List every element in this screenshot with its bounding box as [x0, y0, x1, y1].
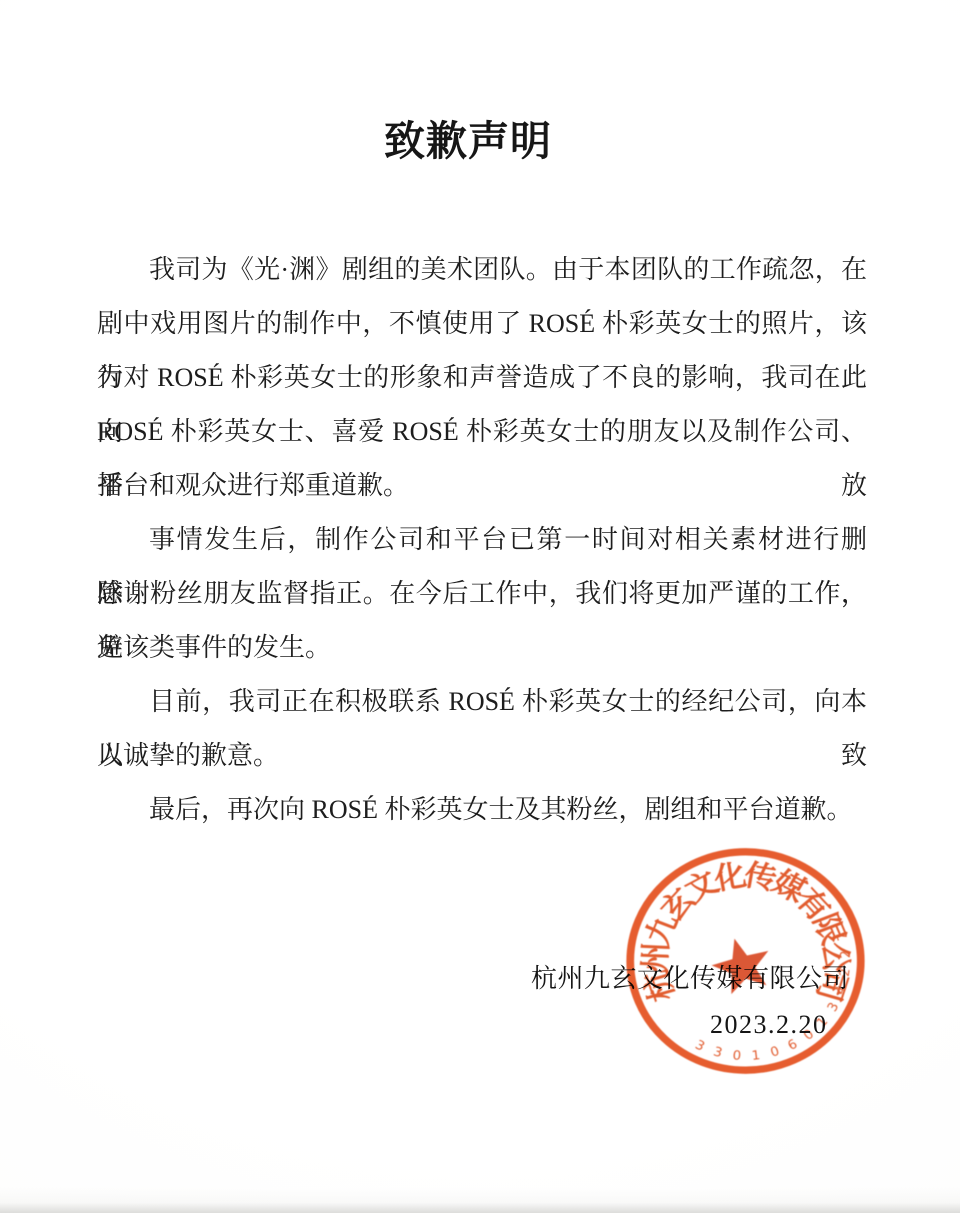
svg-text:限: 限 — [805, 909, 851, 950]
svg-text:0: 0 — [769, 1044, 782, 1060]
svg-text:1: 1 — [751, 1048, 761, 1063]
svg-text:0: 0 — [732, 1049, 742, 1064]
signature-company-name: 杭州九玄文化传媒有限公司 — [531, 958, 849, 995]
photo-bottom-shadow — [0, 1187, 960, 1213]
document-title: 致歉声明 — [0, 108, 948, 167]
body-line-4: ROSÉ 朴彩英女士、喜爱 ROSÉ 朴彩英女士的朋友以及制作公司、播放 — [97, 405, 867, 459]
body-line-1: 我司为《光·渊》剧组的美术团队。由于本团队的工作疏忽，在 — [97, 243, 867, 297]
body-line-6: 事情发生后，制作公司和平台已第一时间对相关素材进行删除， — [97, 513, 867, 567]
body-line-7: 感谢粉丝朋友监督指正。在今后工作中，我们将更加严谨的工作，避 — [97, 567, 867, 621]
document-photo: 致歉声明 我司为《光·渊》剧组的美术团队。由于本团队的工作疏忽，在 剧中戏用图片… — [0, 0, 960, 1213]
svg-text:文: 文 — [679, 864, 725, 909]
svg-text:传: 传 — [742, 858, 780, 898]
svg-text:化: 化 — [711, 858, 750, 898]
body-line-8: 免该类事件的发生。 — [97, 621, 867, 675]
signature-date: 2023.2.20 — [710, 1010, 828, 1040]
body-line-2: 剧中戏用图片的制作中，不慎使用了 ROSÉ 朴彩英女士的照片，该行 — [97, 297, 867, 351]
body-line-3: 为对 ROSÉ 朴彩英女士的形象和声誉造成了不良的影响，我司在此向 — [97, 351, 867, 405]
svg-text:九: 九 — [639, 909, 685, 950]
svg-text:3: 3 — [692, 1038, 707, 1055]
svg-text:7: 7 — [834, 930, 851, 942]
body-line-9: 目前，我司正在积极联系 ROSÉ 朴彩英女士的经纪公司，向本人致 — [97, 675, 867, 729]
svg-text:媒: 媒 — [766, 864, 813, 910]
seal-serial-number: 3301060134227 — [692, 930, 854, 1063]
svg-text:3: 3 — [712, 1045, 724, 1061]
document-body: 我司为《光·渊》剧组的美术团队。由于本团队的工作疏忽，在 剧中戏用图片的制作中，… — [97, 243, 867, 837]
body-line-11: 最后，再次向 ROSÉ 朴彩英女士及其粉丝，剧组和平台道歉。 — [97, 783, 867, 837]
svg-text:玄: 玄 — [654, 882, 703, 928]
svg-text:有: 有 — [788, 882, 837, 928]
svg-text:3: 3 — [825, 1000, 843, 1014]
